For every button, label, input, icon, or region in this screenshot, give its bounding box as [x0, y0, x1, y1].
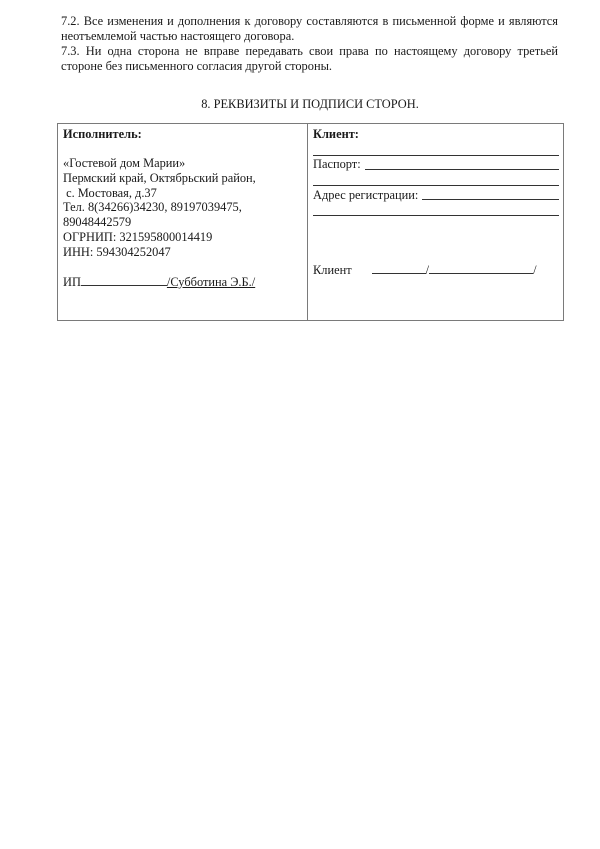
executor-inn: ИНН: 594304252047: [63, 245, 303, 260]
address-line: [422, 188, 559, 200]
executor-cell: Исполнитель: «Гостевой дом Марии» Пермск…: [63, 127, 303, 289]
client-title: Клиент:: [313, 127, 559, 142]
client-signature-line: [372, 262, 426, 274]
client-signature: Клиент//: [313, 262, 559, 277]
clause-7-2: 7.2. Все изменения и дополнения к догово…: [61, 14, 558, 44]
client-passport-line-2: [313, 175, 559, 186]
column-divider: [307, 124, 308, 320]
client-name-line: [313, 145, 559, 156]
passport-line: [365, 158, 559, 170]
section-heading: 8. РЕКВИЗИТЫ И ПОДПИСИ СТОРОН.: [0, 97, 600, 112]
clause-7-3: 7.3. Ни одна сторона не вправе передават…: [61, 44, 558, 74]
client-cell: Клиент: Паспорт: Адрес регистрации: Клие…: [313, 127, 559, 277]
passport-label: Паспорт:: [313, 157, 361, 172]
client-passport-row: Паспорт:: [313, 157, 559, 172]
executor-phone-line1: Тел. 8(34266)34230, 89197039475,: [63, 200, 303, 215]
executor-signature-name: /Субботина Э.Б./: [167, 275, 255, 289]
executor-signature: ИП/Субботина Э.Б./: [63, 274, 303, 289]
executor-address-line1: Пермский край, Октябрьский район,: [63, 171, 303, 186]
executor-signature-line: [81, 274, 167, 286]
executor-address-line2: с. Мостовая, д.37: [63, 186, 303, 201]
client-signature-label: Клиент: [313, 263, 352, 277]
signatures-table: Исполнитель: «Гостевой дом Марии» Пермск…: [57, 123, 564, 321]
signature-prefix: ИП: [63, 275, 81, 289]
slash: /: [533, 263, 536, 277]
client-name-signature-line: [429, 262, 533, 274]
client-address-line-2: [313, 205, 559, 216]
client-address-row: Адрес регистрации:: [313, 188, 559, 203]
executor-ogrnip: ОГРНИП: 321595800014419: [63, 230, 303, 245]
address-label: Адрес регистрации:: [313, 188, 418, 203]
executor-phone-line2: 89048442579: [63, 215, 303, 230]
executor-name: «Гостевой дом Марии»: [63, 156, 303, 171]
executor-title: Исполнитель:: [63, 127, 303, 142]
